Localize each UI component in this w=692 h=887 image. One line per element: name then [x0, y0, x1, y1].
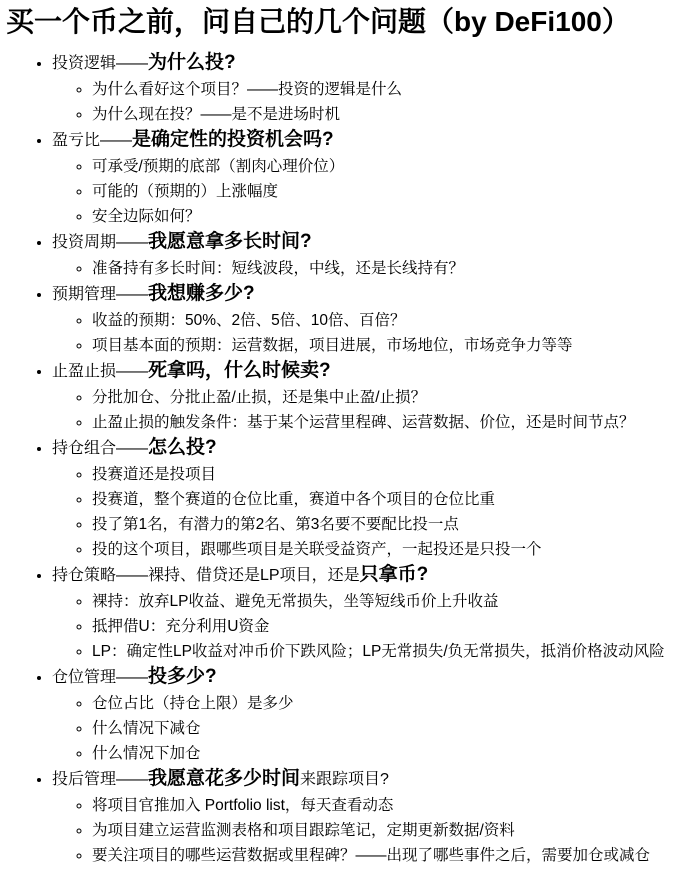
sub-question-item: 什么情况下减仓: [92, 716, 688, 741]
sub-question-item: 分批加仓、分批止盈/止损，还是集中止盈/止损？: [92, 385, 688, 410]
question-prefix: 止盈止损——: [52, 363, 148, 380]
sub-question-item: 仓位占比（持仓上限）是多少: [92, 691, 688, 716]
sub-question-list: 仓位占比（持仓上限）是多少什么情况下减仓什么情况下加仓: [52, 691, 688, 766]
question-bold: 我想赚多少?: [148, 283, 255, 304]
question-item: 投资逻辑——为什么投?为什么看好这个项目？——投资的逻辑是什么为什么现在投？——…: [52, 50, 688, 127]
question-bold: 我愿意花多少时间: [148, 768, 300, 789]
question-bold: 只拿币?: [360, 564, 429, 585]
sub-question-item: 准备持有多长时间：短线波段，中线，还是长线持有？: [92, 256, 688, 281]
question-suffix: 来跟踪项目?: [300, 771, 389, 788]
sub-question-item: 要关注项目的哪些运营数据或里程碑？——出现了哪些事件之后，需要加仓或减仓: [92, 843, 688, 868]
question-item: 持仓策略——裸持、借贷还是LP项目，还是只拿币?裸持：放弃LP收益、避免无常损失…: [52, 562, 688, 664]
sub-question-item: 可承受/预期的底部（割肉心理价位）: [92, 154, 688, 179]
question-prefix: 仓位管理——: [52, 669, 148, 686]
sub-question-item: 收益的预期：50%、2倍、5倍、10倍、百倍？: [92, 308, 688, 333]
question-bold: 是确定性的投资机会吗?: [132, 129, 334, 150]
sub-question-item: 裸持：放弃LP收益、避免无常损失，坐等短线币价上升收益: [92, 589, 688, 614]
question-item: 仓位管理——投多少?仓位占比（持仓上限）是多少什么情况下减仓什么情况下加仓: [52, 664, 688, 766]
sub-question-item: 投的这个项目，跟哪些项目是关联受益资产，一起投还是只投一个: [92, 537, 688, 562]
question-prefix: 投资逻辑——: [52, 55, 148, 72]
question-item: 预期管理——我想赚多少?收益的预期：50%、2倍、5倍、10倍、百倍？项目基本面…: [52, 281, 688, 358]
page-title: 买一个币之前，问自己的几个问题（by DeFi100）: [6, 4, 688, 40]
question-item: 持仓组合——怎么投?投赛道还是投项目投赛道，整个赛道的仓位比重，赛道中各个项目的…: [52, 435, 688, 562]
sub-question-list: 为什么看好这个项目？——投资的逻辑是什么为什么现在投？——是不是进场时机: [52, 77, 688, 127]
question-bold: 我愿意拿多长时间?: [148, 231, 312, 252]
sub-question-list: 投赛道还是投项目投赛道，整个赛道的仓位比重，赛道中各个项目的仓位比重投了第1名，…: [52, 462, 688, 562]
question-prefix: 预期管理——: [52, 286, 148, 303]
sub-question-item: 可能的（预期的）上涨幅度: [92, 179, 688, 204]
question-item: 止盈止损——死拿吗，什么时候卖?分批加仓、分批止盈/止损，还是集中止盈/止损？止…: [52, 358, 688, 435]
sub-question-item: 为什么看好这个项目？——投资的逻辑是什么: [92, 77, 688, 102]
sub-question-item: 将项目官推加入 Portfolio list，每天查看动态: [92, 793, 688, 818]
question-bold: 怎么投?: [148, 437, 217, 458]
sub-question-item: 为项目建立运营监测表格和项目跟踪笔记，定期更新数据/资料: [92, 818, 688, 843]
question-list: 投资逻辑——为什么投?为什么看好这个项目？——投资的逻辑是什么为什么现在投？——…: [6, 50, 688, 868]
question-prefix: 投后管理——: [52, 771, 148, 788]
sub-question-list: 收益的预期：50%、2倍、5倍、10倍、百倍？项目基本面的预期：运营数据，项目进…: [52, 308, 688, 358]
question-item: 投资周期——我愿意拿多长时间?准备持有多长时间：短线波段，中线，还是长线持有？: [52, 229, 688, 281]
sub-question-item: 安全边际如何？: [92, 204, 688, 229]
sub-question-list: 可承受/预期的底部（割肉心理价位）可能的（预期的）上涨幅度安全边际如何？: [52, 154, 688, 229]
sub-question-item: 止盈止损的触发条件：基于某个运营里程碑、运营数据、价位，还是时间节点？: [92, 410, 688, 435]
question-prefix: 持仓组合——: [52, 440, 148, 457]
question-bold: 死拿吗，什么时候卖?: [148, 360, 331, 381]
sub-question-list: 将项目官推加入 Portfolio list，每天查看动态为项目建立运营监测表格…: [52, 793, 688, 868]
sub-question-item: 什么情况下加仓: [92, 741, 688, 766]
question-prefix: 盈亏比——: [52, 132, 132, 149]
sub-question-item: 投赛道，整个赛道的仓位比重，赛道中各个项目的仓位比重: [92, 487, 688, 512]
question-prefix: 投资周期——: [52, 234, 148, 251]
question-bold: 投多少?: [148, 666, 217, 687]
sub-question-list: 裸持：放弃LP收益、避免无常损失，坐等短线币价上升收益抵押借U：充分利用U资金L…: [52, 589, 688, 664]
sub-question-item: 项目基本面的预期：运营数据，项目进展，市场地位，市场竞争力等等: [92, 333, 688, 358]
question-item: 投后管理——我愿意花多少时间来跟踪项目?将项目官推加入 Portfolio li…: [52, 766, 688, 868]
sub-question-item: LP：确定性LP收益对冲币价下跌风险；LP无常损失/负无常损失，抵消价格波动风险: [92, 639, 688, 664]
sub-question-list: 分批加仓、分批止盈/止损，还是集中止盈/止损？止盈止损的触发条件：基于某个运营里…: [52, 385, 688, 435]
document-page: 买一个币之前，问自己的几个问题（by DeFi100） 投资逻辑——为什么投?为…: [0, 0, 692, 887]
sub-question-item: 抵押借U：充分利用U资金: [92, 614, 688, 639]
question-prefix: 持仓策略——裸持、借贷还是LP项目，还是: [52, 567, 360, 584]
question-item: 盈亏比——是确定性的投资机会吗?可承受/预期的底部（割肉心理价位）可能的（预期的…: [52, 127, 688, 229]
question-bold: 为什么投?: [148, 52, 236, 73]
sub-question-list: 准备持有多长时间：短线波段，中线，还是长线持有？: [52, 256, 688, 281]
sub-question-item: 为什么现在投？——是不是进场时机: [92, 102, 688, 127]
sub-question-item: 投了第1名，有潜力的第2名、第3名要不要配比投一点: [92, 512, 688, 537]
sub-question-item: 投赛道还是投项目: [92, 462, 688, 487]
